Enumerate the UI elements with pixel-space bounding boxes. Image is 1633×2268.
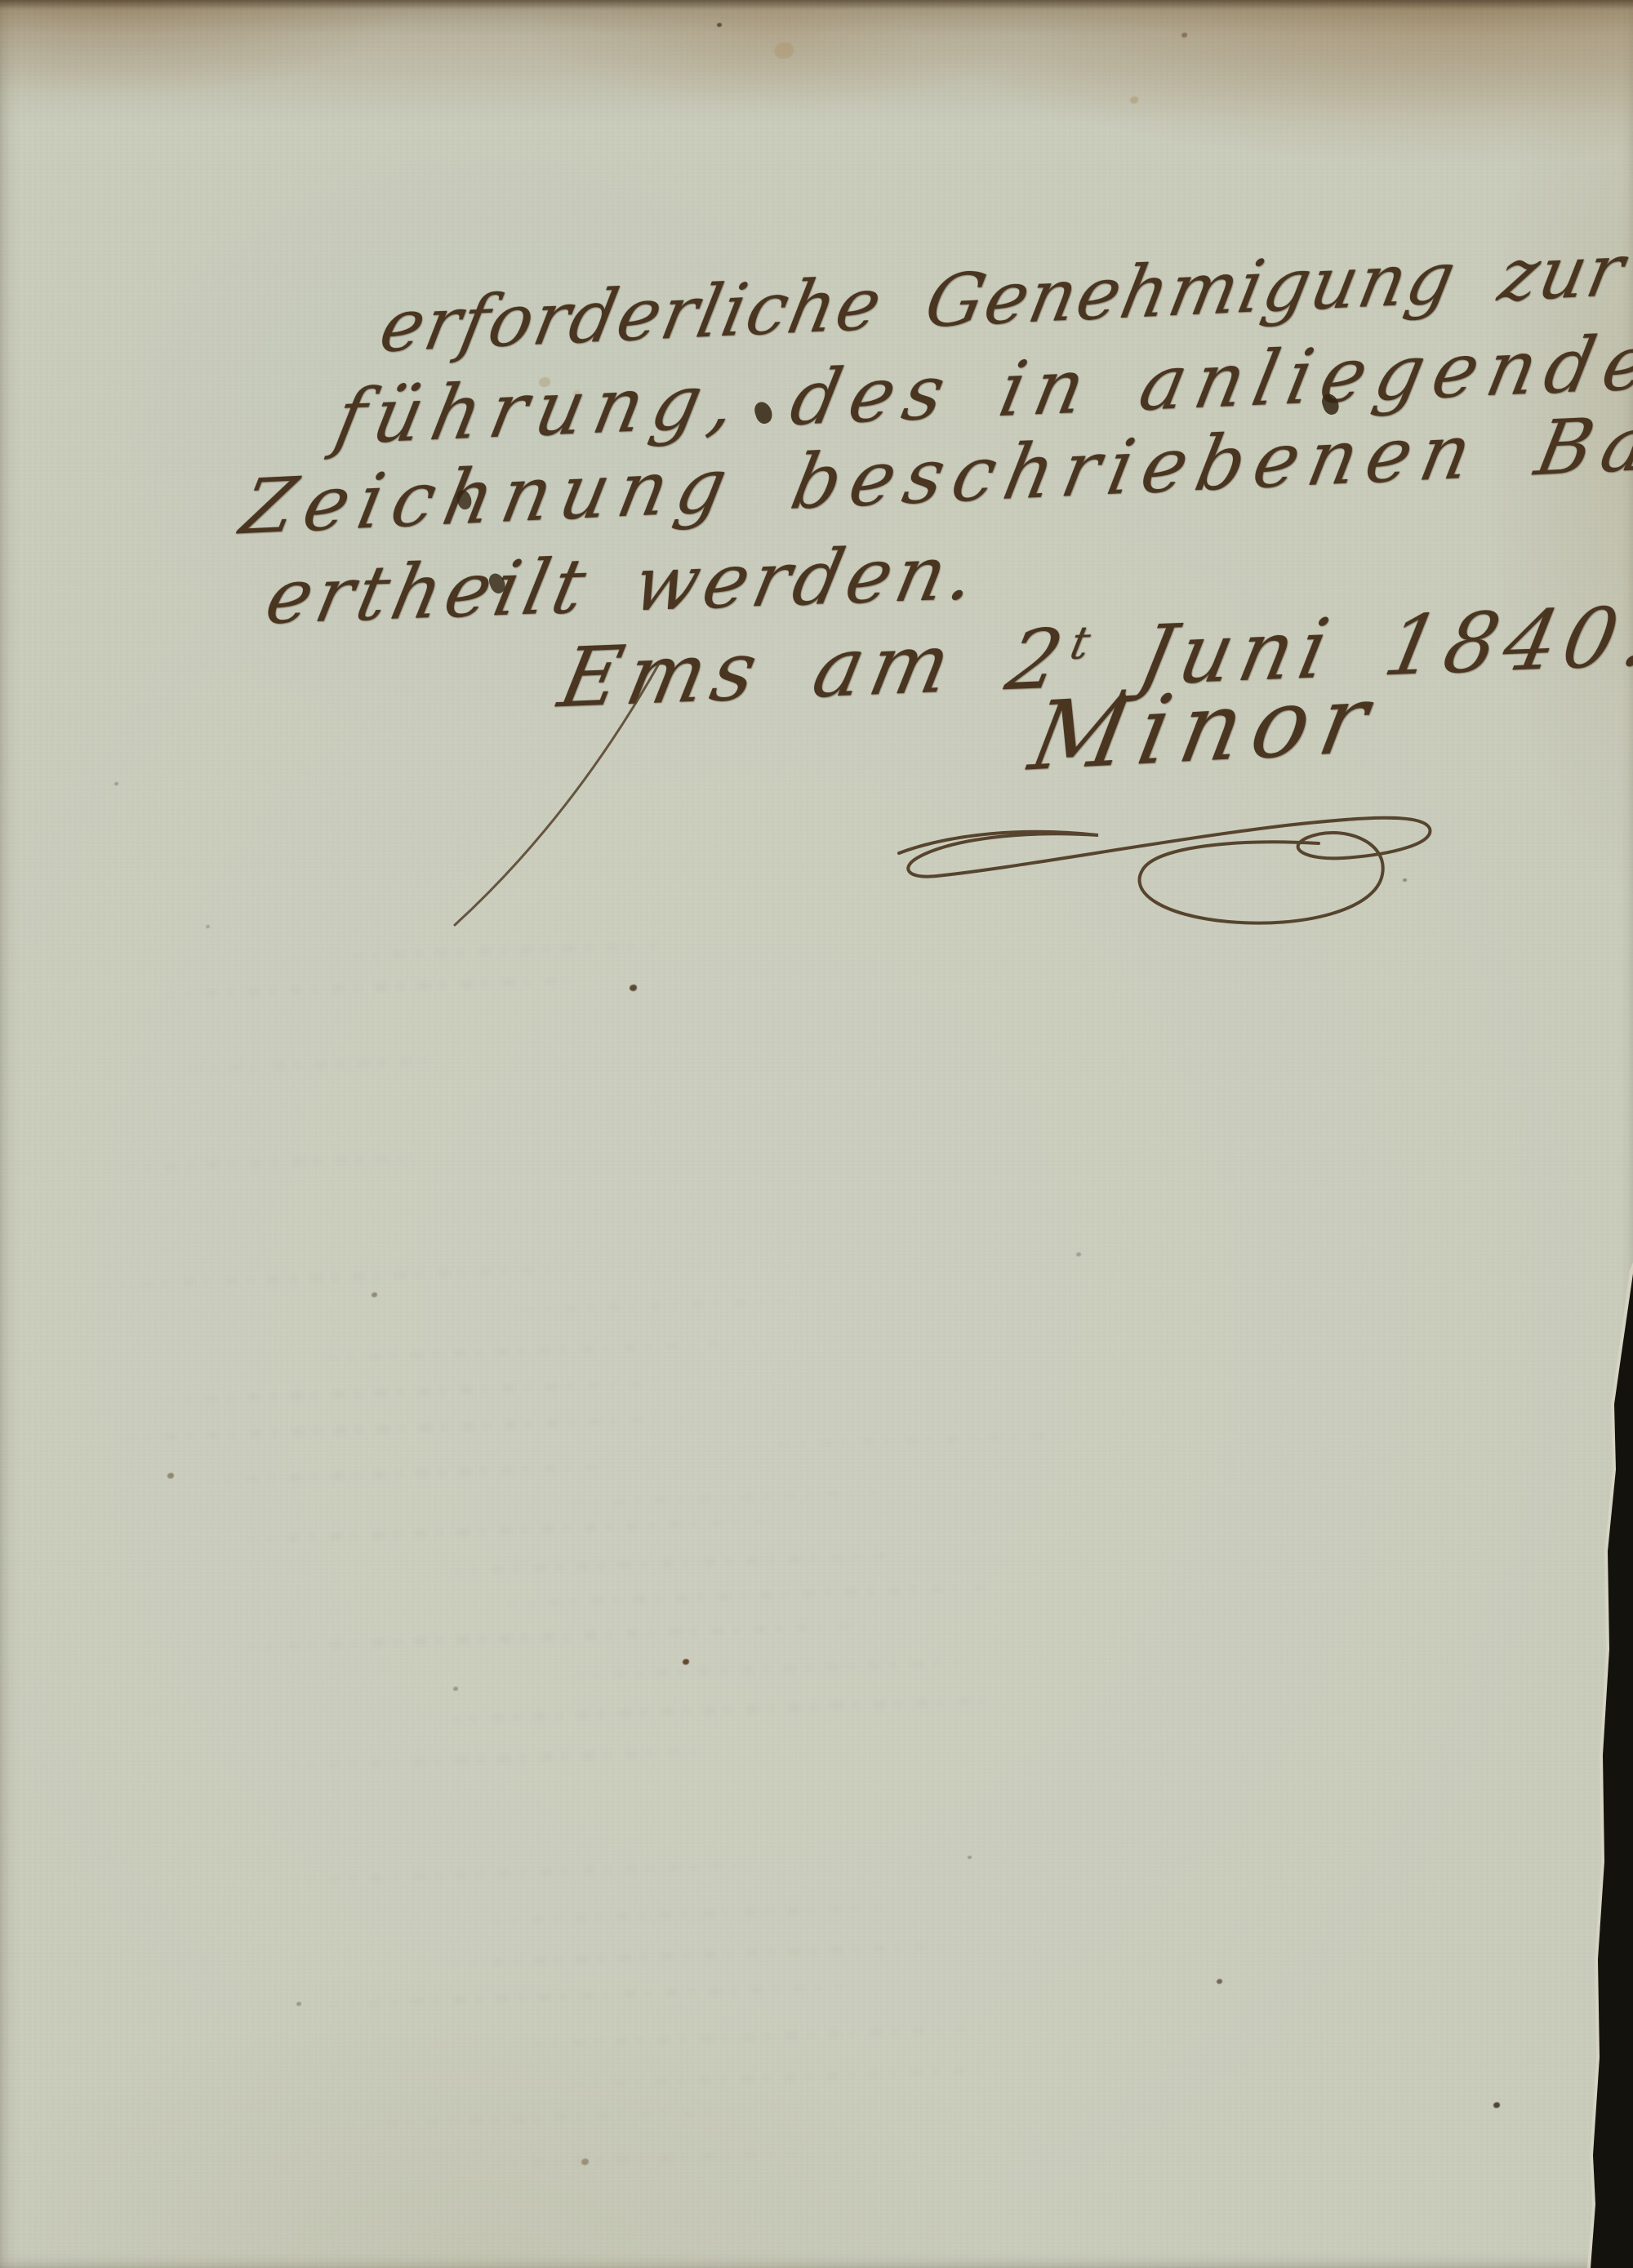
foxing-speck bbox=[1217, 1979, 1222, 1984]
foxing-speck bbox=[1130, 96, 1138, 104]
foxing-speck bbox=[167, 1473, 174, 1479]
foxing-speck bbox=[206, 925, 210, 928]
foxing-speck bbox=[114, 782, 118, 785]
foxing-speck bbox=[717, 23, 722, 27]
foxing-speck bbox=[683, 1659, 689, 1665]
foxing-speck bbox=[774, 42, 794, 59]
foxing-speck bbox=[372, 1292, 377, 1297]
page-top-edge-shadow bbox=[0, 0, 1633, 10]
foxing-speck bbox=[630, 985, 637, 991]
paper-sheet: erforderliche Genehmigung zur Auf= führu… bbox=[0, 0, 1633, 2268]
signature-flourish bbox=[894, 755, 1457, 943]
scanned-letter-page: erforderliche Genehmigung zur Auf= führu… bbox=[0, 0, 1633, 2268]
foxing-speck bbox=[1493, 2102, 1500, 2108]
foxing-speck bbox=[296, 2002, 301, 2006]
foxing-speck bbox=[581, 2159, 589, 2165]
foxing-speck bbox=[453, 1687, 458, 1691]
date-descender-stroke bbox=[445, 649, 674, 935]
foxing-speck bbox=[1076, 1252, 1081, 1256]
foxing-speck bbox=[968, 1856, 972, 1859]
foxing-speck bbox=[1181, 33, 1187, 38]
